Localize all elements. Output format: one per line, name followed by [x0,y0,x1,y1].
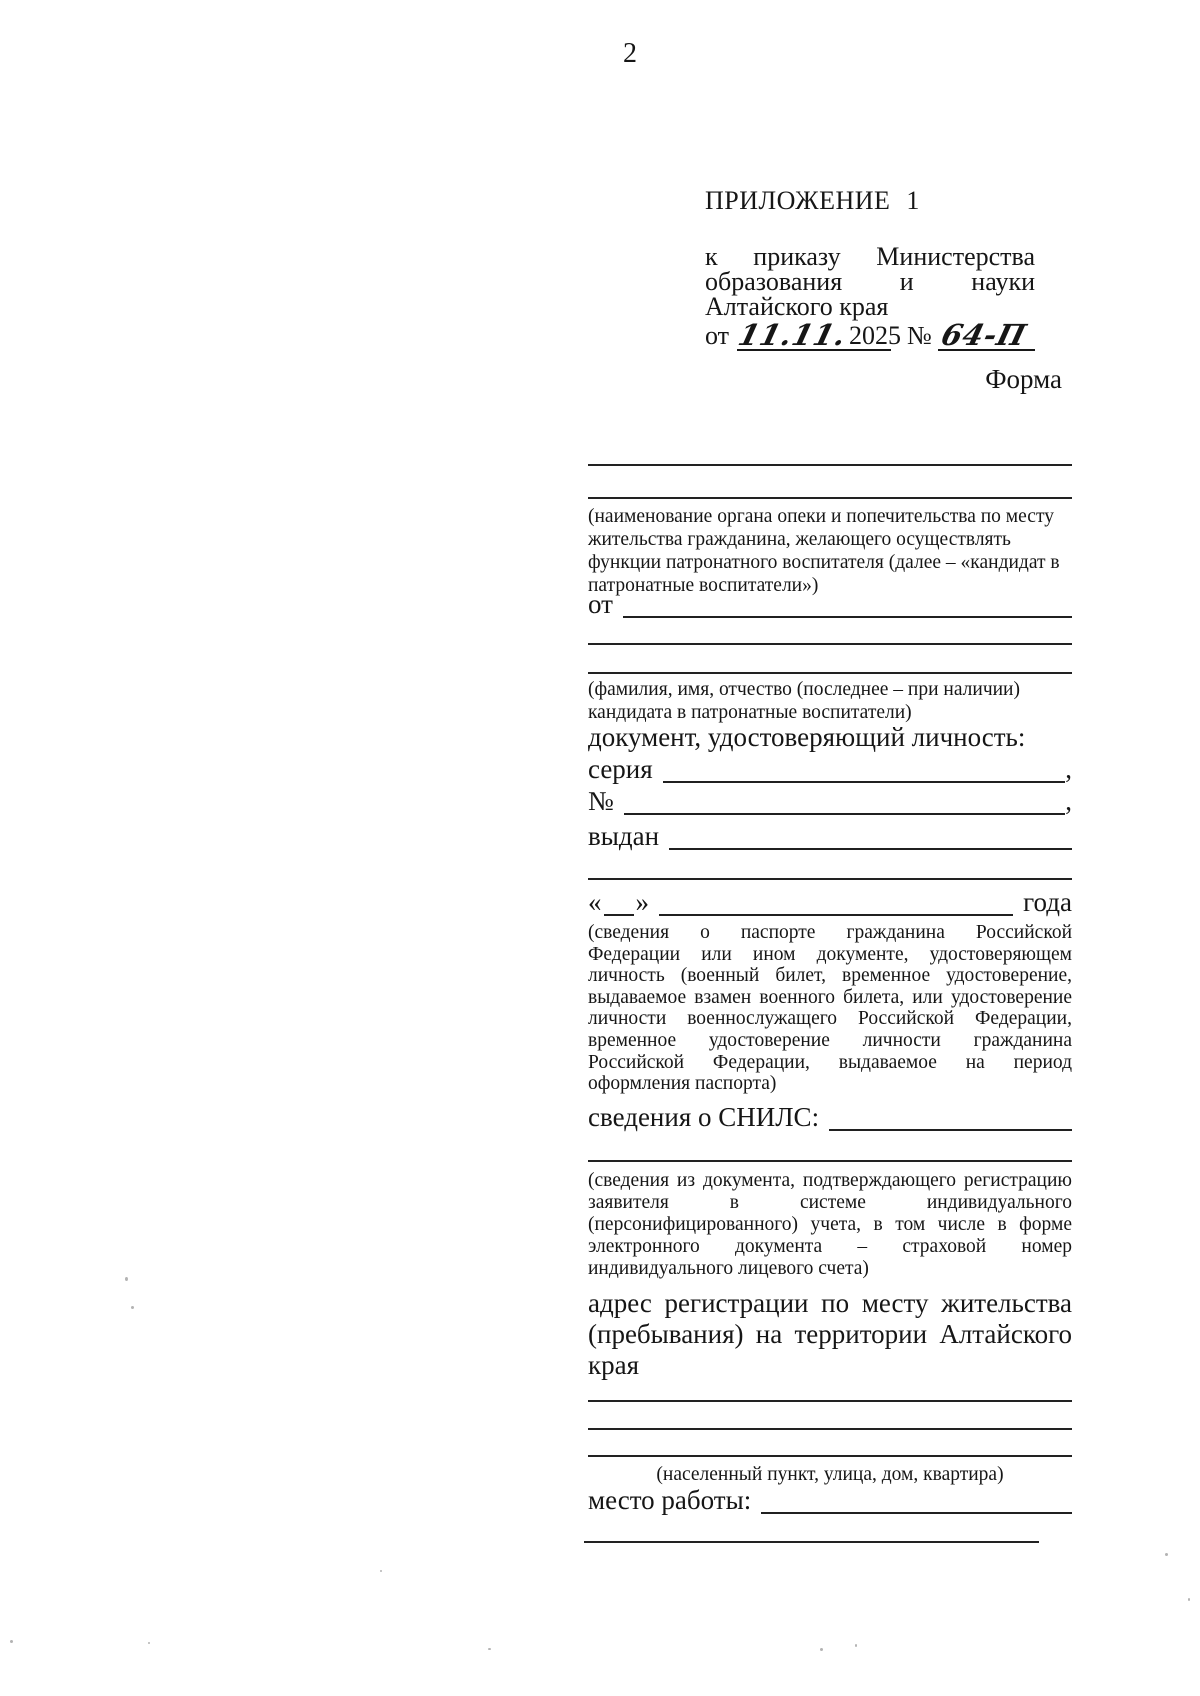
snils-blank-field [829,1129,1072,1131]
snils-note-line: индивидуального лицевого счета) [588,1258,1072,1280]
authority-annotation: (наименование органа опеки и попечительс… [588,505,1072,597]
appendix-title-word: ПРИЛОЖЕНИЕ [705,186,890,215]
fio-annotation-line: (фамилия, имя, отчество (последнее – при… [588,678,1072,701]
snils-note-line: (сведения из документа, подтверждающего … [588,1170,1072,1192]
snils-note-line: заявителя в системе индивидуального [588,1192,1072,1214]
address-heading: адрес регистрации по месту жительства (п… [588,1288,1072,1381]
order-date-field: 11.11.2025 [737,320,891,351]
workplace-row: место работы: [588,1486,1072,1514]
day-blank-field [604,914,634,916]
series-label: серия [588,755,653,783]
snils-blank-line-2 [588,1160,1072,1162]
appendix-ref-line-2: образования и науки [705,269,1035,294]
address-heading-line: края [588,1350,1072,1381]
authority-annotation-line: жительства гражданина, желающего осущест… [588,528,1072,551]
address-blank-line-3 [588,1455,1072,1457]
issued-blank-field [669,848,1072,850]
passport-note-line: Федерации или ином документе, удостоверя… [588,944,1072,966]
from-row: от [588,590,1072,618]
series-row: серия , [588,755,1072,783]
handwritten-date: 11.11. [735,321,849,350]
scanned-document-page: 2 ПРИЛОЖЕНИЕ1 к приказу Министерства обр… [0,0,1200,1696]
issued-label: выдан [588,822,659,850]
authority-annotation-line: функции патронатного воспитателя (далее … [588,551,1072,574]
address-heading-line: адрес регистрации по месту жительства [588,1288,1072,1319]
appendix-title-number: 1 [906,186,920,215]
appendix-block: ПРИЛОЖЕНИЕ1 к приказу Министерства образ… [705,188,1035,351]
snils-label: сведения о СНИЛС: [588,1103,819,1131]
scan-speckle [148,1642,150,1644]
workplace-label: место работы: [588,1486,751,1514]
authority-blank-line-1 [588,464,1072,466]
year-suffix: года [1023,888,1072,916]
handwritten-order-number: 64-П [938,321,1029,350]
issue-date-row: « » года [588,888,1072,916]
scan-speckle [125,1277,128,1281]
passport-note-line: личности военнослужащего Российской Феде… [588,1008,1072,1030]
order-year: 2025 [849,323,901,348]
workplace-blank-line-2 [584,1541,1039,1543]
authority-blank-line-2 [588,497,1072,499]
fio-blank-line-2 [588,672,1072,674]
fio-annotation-line: кандидата в патронатные воспитатели) [588,701,1072,724]
snils-note-line: электронного документа – страховой номер [588,1236,1072,1258]
month-year-blank-field [659,914,1013,916]
authority-annotation-line: (наименование органа опеки и попечительс… [588,505,1072,528]
form-label: Форма [705,364,1062,395]
from-blank-field [623,616,1072,618]
snils-note: (сведения из документа, подтверждающего … [588,1170,1072,1280]
scan-speckle [488,1648,491,1650]
address-heading-line: (пребывания) на территории Алтайского [588,1319,1072,1350]
order-number-field: 64-П [938,320,1035,351]
number-sign: № [907,323,932,348]
passport-note-line: (сведения о паспорте гражданина Российск… [588,922,1072,944]
snils-row: сведения о СНИЛС: [588,1103,1072,1131]
identity-heading: документ, удостоверяющий личность: [588,722,1072,752]
address-blank-line-2 [588,1428,1072,1430]
issued-row: выдан [588,822,1072,850]
doc-number-comma: , [1065,787,1072,815]
doc-number-row: № , [588,787,1072,815]
workplace-blank-field [761,1512,1072,1514]
doc-number-label: № [588,787,614,815]
passport-note-line: выдаваемое взамен военного билета, или у… [588,987,1072,1009]
appendix-title: ПРИЛОЖЕНИЕ1 [705,188,1035,213]
scan-speckle [820,1648,823,1651]
order-prefix: от [705,323,729,348]
series-blank-field [663,781,1066,783]
page-number: 2 [608,38,652,70]
quote-open: « [588,888,602,916]
address-blank-line-1 [588,1400,1072,1402]
fio-blank-line-1 [588,643,1072,645]
quote-close: » [636,888,650,916]
address-annotation: (населенный пункт, улица, дом, квартира) [588,1463,1072,1486]
appendix-order-line: от 11.11.2025 № 64-П [705,320,1035,351]
passport-note: (сведения о паспорте гражданина Российск… [588,922,1072,1095]
scan-speckle [131,1306,134,1309]
passport-note-line: временное удостоверение личности граждан… [588,1030,1072,1052]
issued-blank-line-2 [588,878,1072,880]
scan-speckle [855,1644,857,1647]
passport-note-line: Российской Федерации, выдаваемое на пери… [588,1052,1072,1074]
appendix-ref-line-1: к приказу Министерства [705,244,1035,269]
series-comma: , [1065,755,1072,783]
snils-note-line: (персонифицированного) учета, в том числ… [588,1214,1072,1236]
appendix-ref-line-3: Алтайского края [705,294,1035,319]
fio-annotation: (фамилия, имя, отчество (последнее – при… [588,678,1072,724]
scan-speckle [10,1640,13,1643]
scan-speckle [380,1570,382,1572]
from-label: от [588,590,613,618]
scan-speckle [1165,1553,1168,1556]
passport-note-line: личность (военный билет, временное удост… [588,965,1072,987]
passport-note-line: оформления паспорта) [588,1073,1072,1095]
scan-speckle [1188,1598,1190,1601]
doc-number-blank-field [624,813,1065,815]
